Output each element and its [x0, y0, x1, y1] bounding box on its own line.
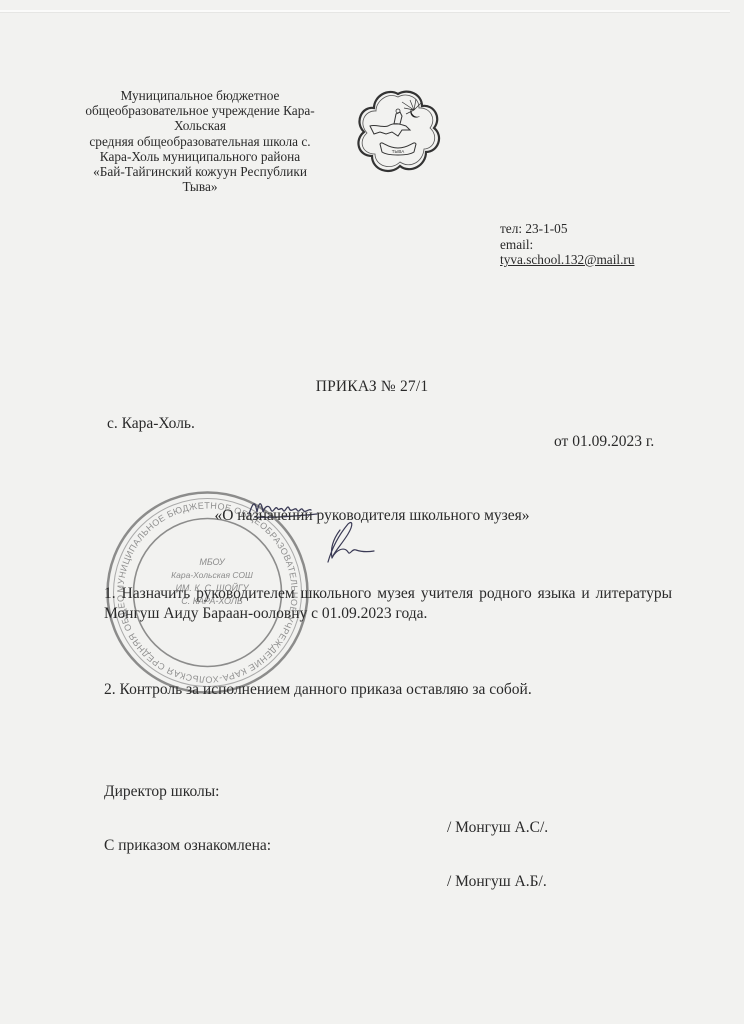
- director-label: Директор школы:: [104, 783, 744, 801]
- email-link[interactable]: tyva.school.132@mail.ru: [500, 252, 744, 267]
- org-line: общеобразовательное учреждение Кара-: [72, 103, 328, 118]
- org-line: Кара-Холь муниципального района: [72, 149, 328, 164]
- contacts-block: тел: 23-1-05 email: tyva.school.132@mail…: [500, 221, 744, 267]
- acknowledged-name: / Монгуш А.Б/.: [447, 873, 744, 891]
- acknowledgement-signature-icon: [318, 518, 378, 568]
- svg-text:МБОУ: МБОУ: [199, 557, 226, 567]
- order-place: с. Кара-Холь.: [107, 415, 744, 433]
- document-page: Муниципальное бюджетное общеобразователь…: [0, 0, 744, 1024]
- org-line: средняя общеобразовательная школа с.: [72, 134, 328, 149]
- svg-text:Кара-Хольская СОШ: Кара-Хольская СОШ: [171, 570, 253, 580]
- org-line: Хольская: [72, 118, 328, 133]
- acknowledged-label: С приказом ознакомлена:: [104, 837, 744, 855]
- organization-header: Муниципальное бюджетное общеобразователь…: [72, 88, 328, 194]
- tuva-coat-of-arms-icon: ТЫВА: [352, 86, 444, 178]
- email-label: email:: [500, 237, 744, 252]
- phone: тел: 23-1-05: [500, 221, 744, 236]
- order-subject: «О назначении руководителя школьного муз…: [0, 507, 744, 525]
- director-name: / Монгуш А.С/.: [447, 819, 744, 837]
- order-title: ПРИКАЗ № 27/1: [0, 378, 744, 396]
- org-line: Тыва»: [72, 179, 328, 194]
- svg-text:ТЫВА: ТЫВА: [392, 149, 405, 154]
- scan-edge: [0, 10, 730, 13]
- order-item-2: 2. Контроль за исполнением данного прика…: [104, 681, 744, 699]
- order-item-1: 1. Назначить руководителем школьного муз…: [104, 584, 672, 624]
- org-line: «Бай-Тайгинский кожуун Республики: [72, 164, 328, 179]
- order-date: от 01.09.2023 г.: [554, 433, 744, 451]
- org-line: Муниципальное бюджетное: [72, 88, 328, 103]
